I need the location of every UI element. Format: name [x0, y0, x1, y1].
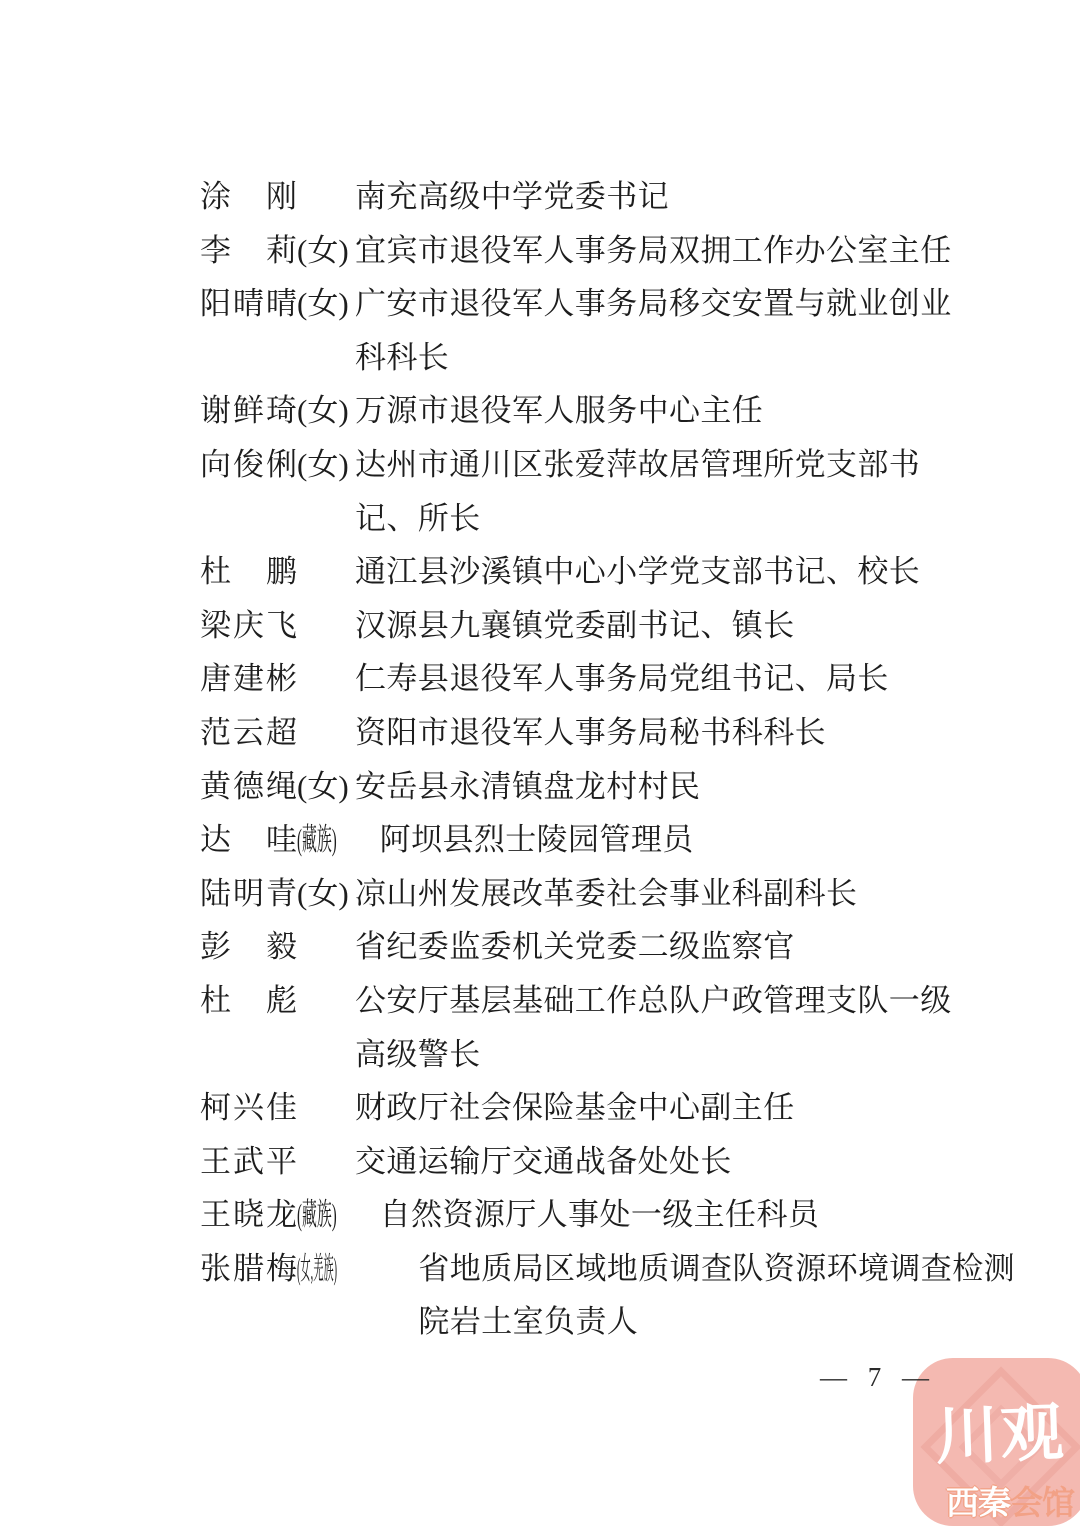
person-name: 王晓龙 — [200, 1188, 297, 1242]
person-annotation — [297, 652, 355, 706]
list-item: 彭毅 省纪委监委机关党委二级监察官 — [200, 920, 965, 974]
list-item: 达哇 (藏族) 阿坝县烈士陵园管理员 — [200, 813, 965, 867]
list-item: 涂刚 南充高级中学党委书记 — [200, 170, 965, 224]
logo-calligraphy-text: 川观 — [913, 1401, 1080, 1470]
list-item: 阳晴晴 (女) 广安市退役军人事务局移交安置与就业创业科科长 — [200, 277, 965, 384]
person-annotation: (女) — [297, 277, 355, 331]
person-title: 广安市退役军人事务局移交安置与就业创业科科长 — [355, 277, 955, 384]
person-annotation: (女) — [297, 438, 355, 492]
list-item: 向俊俐 (女) 达州市通川区张爱萍故居管理所党支部书记、所长 — [200, 438, 965, 545]
person-annotation: (女) — [297, 867, 355, 921]
person-name: 唐建彬 — [200, 652, 297, 706]
list-item: 柯兴佳 财政厅社会保险基金中心副主任 — [200, 1081, 965, 1135]
person-title: 汉源县九襄镇党委副书记、镇长 — [355, 599, 955, 653]
person-annotation: (藏族) — [297, 813, 380, 867]
person-title: 南充高级中学党委书记 — [355, 170, 955, 224]
person-title: 省纪委监委机关党委二级监察官 — [355, 920, 955, 974]
list-item: 王晓龙 (藏族) 自然资源厅人事处一级主任科员 — [200, 1188, 965, 1242]
person-name: 涂刚 — [200, 170, 297, 224]
person-title: 阿坝县烈士陵园管理员 — [380, 813, 965, 867]
list-item: 梁庆飞 汉源县九襄镇党委副书记、镇长 — [200, 599, 965, 653]
person-annotation — [297, 1135, 355, 1189]
person-name: 张腊梅 — [200, 1242, 297, 1296]
list-item: 李莉 (女) 宜宾市退役军人事务局双拥工作办公室主任 — [200, 224, 965, 278]
commendation-name-list: 涂刚 南充高级中学党委书记 李莉 (女) 宜宾市退役军人事务局双拥工作办公室主任… — [200, 170, 965, 1349]
person-name: 王武平 — [200, 1135, 297, 1189]
person-annotation — [297, 920, 355, 974]
person-name: 达哇 — [200, 813, 297, 867]
person-name: 柯兴佳 — [200, 1081, 297, 1135]
person-annotation — [297, 599, 355, 653]
list-item: 杜鹏 通江县沙溪镇中心小学党支部书记、校长 — [200, 545, 965, 599]
person-annotation — [297, 545, 355, 599]
person-annotation: (女) — [297, 384, 355, 438]
person-annotation — [297, 1081, 355, 1135]
person-name: 陆明青 — [200, 867, 297, 921]
person-annotation: (女) — [297, 760, 355, 814]
person-title: 凉山州发展改革委社会事业科副科长 — [355, 867, 955, 921]
person-name: 黄德绳 — [200, 760, 297, 814]
person-annotation: (女,羌族) — [297, 1242, 418, 1296]
person-annotation — [297, 170, 355, 224]
list-item: 范云超 资阳市退役军人事务局秘书科科长 — [200, 706, 965, 760]
person-name: 阳晴晴 — [200, 277, 297, 331]
person-name: 向俊俐 — [200, 438, 297, 492]
list-item: 王武平 交通运输厅交通战备处处长 — [200, 1135, 965, 1189]
person-annotation: (藏族) — [297, 1188, 380, 1242]
person-name: 范云超 — [200, 706, 297, 760]
person-title: 交通运输厅交通战备处处长 — [355, 1135, 955, 1189]
person-name: 谢鲜琦 — [200, 384, 297, 438]
person-title: 公安厅基层基础工作总队户政管理支队一级高级警长 — [355, 974, 955, 1081]
person-title: 自然资源厅人事处一级主任科员 — [380, 1188, 965, 1242]
person-title: 资阳市退役军人事务局秘书科科长 — [355, 706, 955, 760]
chuanguan-news-watermark-logo: 川观 西秦会馆 — [913, 1358, 1080, 1526]
page-number: — 7 — — [820, 1362, 931, 1393]
list-item: 张腊梅 (女,羌族) 省地质局区域地质调查队资源环境调查检测院岩土室负责人 — [200, 1242, 965, 1349]
watermark-overlay-text: 西秦会馆 — [946, 1486, 1074, 1519]
person-title: 宜宾市退役军人事务局双拥工作办公室主任 — [355, 224, 955, 278]
person-name: 李莉 — [200, 224, 297, 278]
person-title: 达州市通川区张爱萍故居管理所党支部书记、所长 — [355, 438, 955, 545]
person-annotation — [297, 974, 355, 1028]
list-item: 杜彪 公安厅基层基础工作总队户政管理支队一级高级警长 — [200, 974, 965, 1081]
list-item: 陆明青 (女) 凉山州发展改革委社会事业科副科长 — [200, 867, 965, 921]
person-name: 杜鹏 — [200, 545, 297, 599]
person-name: 彭毅 — [200, 920, 297, 974]
person-title: 万源市退役军人服务中心主任 — [355, 384, 955, 438]
person-title: 财政厅社会保险基金中心副主任 — [355, 1081, 955, 1135]
list-item: 谢鲜琦 (女) 万源市退役军人服务中心主任 — [200, 384, 965, 438]
watermark-text-right: 会馆 — [1010, 1484, 1074, 1521]
list-item: 唐建彬 仁寿县退役军人事务局党组书记、局长 — [200, 652, 965, 706]
document-page: 涂刚 南充高级中学党委书记 李莉 (女) 宜宾市退役军人事务局双拥工作办公室主任… — [0, 0, 1080, 1527]
person-title: 仁寿县退役军人事务局党组书记、局长 — [355, 652, 955, 706]
person-title: 安岳县永清镇盘龙村村民 — [355, 760, 955, 814]
watermark-text-left: 西秦 — [946, 1484, 1010, 1521]
person-name: 梁庆飞 — [200, 599, 297, 653]
person-annotation — [297, 706, 355, 760]
person-annotation: (女) — [297, 224, 355, 278]
person-title: 通江县沙溪镇中心小学党支部书记、校长 — [355, 545, 955, 599]
person-title: 省地质局区域地质调查队资源环境调查检测院岩土室负责人 — [418, 1242, 1015, 1349]
person-name: 杜彪 — [200, 974, 297, 1028]
list-item: 黄德绳 (女) 安岳县永清镇盘龙村村民 — [200, 760, 965, 814]
